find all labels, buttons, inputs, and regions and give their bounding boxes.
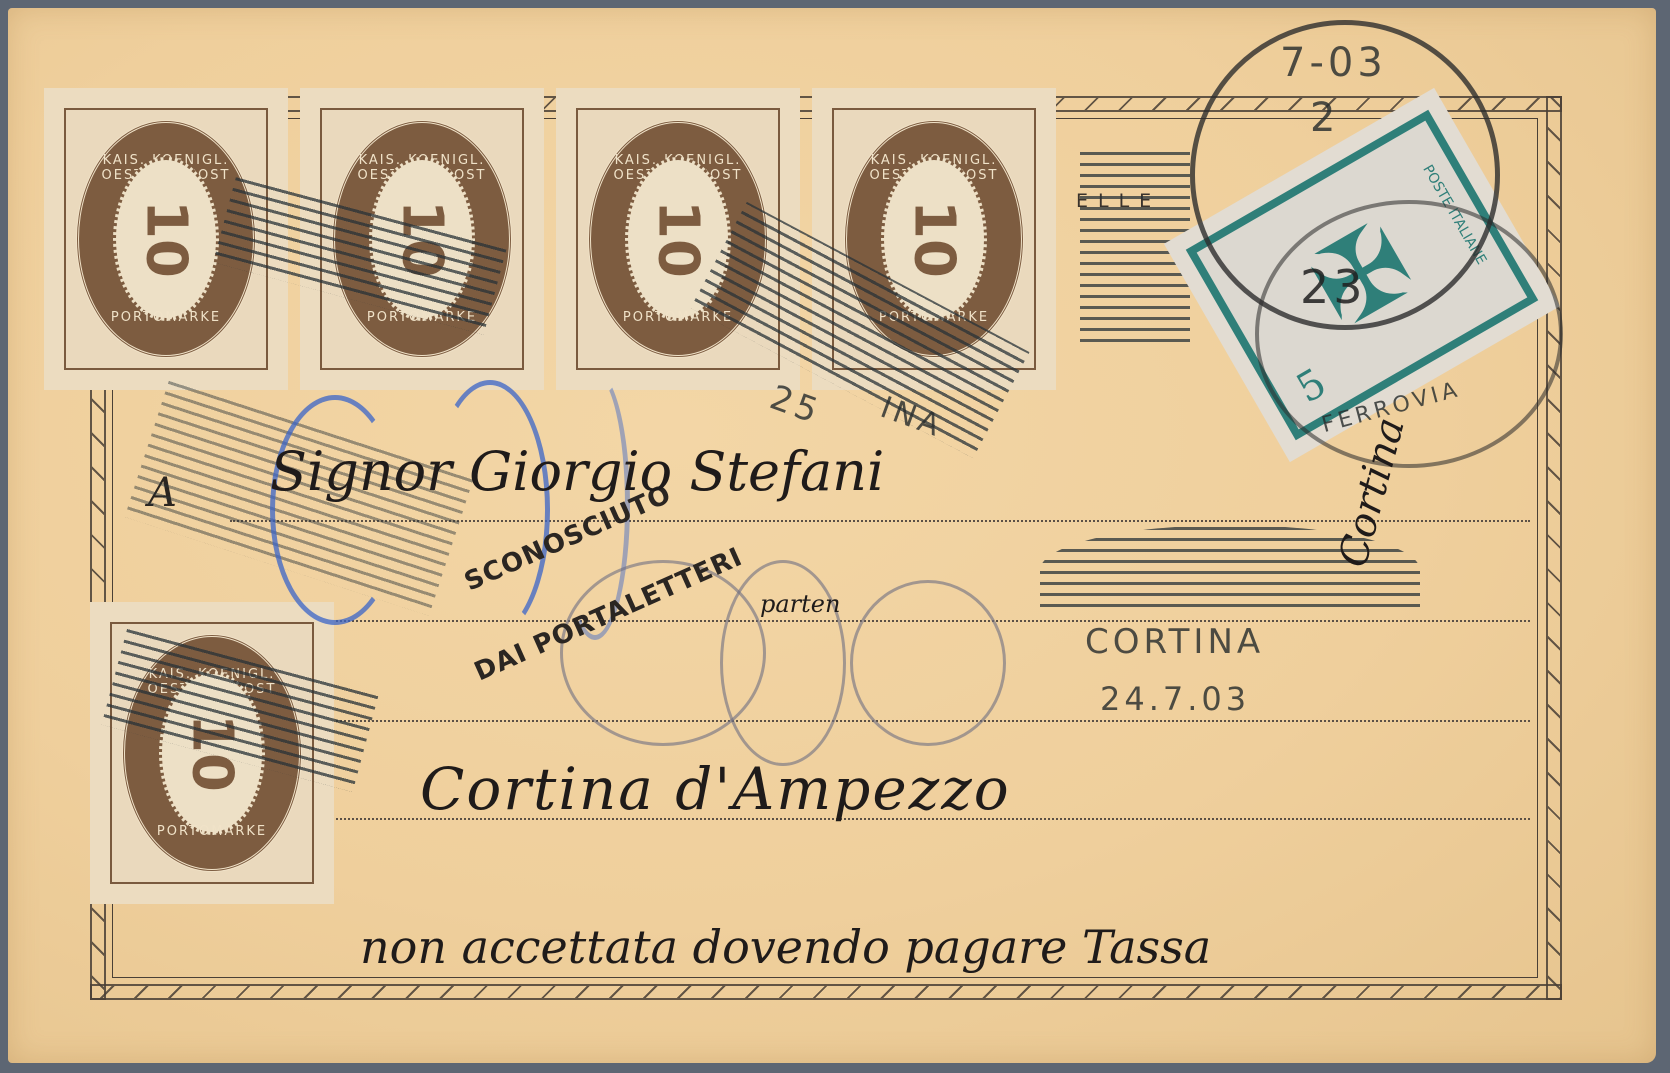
frame-border-bottom: [90, 984, 1562, 1000]
postmark-date-line: 7-03: [1280, 40, 1387, 86]
postmark-day: 23: [1300, 260, 1367, 314]
blue-crayon-mark-1: [270, 395, 400, 625]
postmark-hour: 2: [1310, 95, 1339, 141]
postmark-cortina-date: 24.7.03: [1100, 680, 1250, 718]
frame-border-right: [1546, 96, 1562, 1000]
handwritten-note: non accettata dovendo pagare Tassa: [360, 920, 1211, 974]
pencil-scribble-3: [850, 580, 1006, 746]
postmark-cortina-place: CORTINA: [1085, 622, 1264, 662]
handwritten-recipient: Signor Giorgio Stefani: [270, 440, 884, 503]
handwritten-destination: Cortina d'Ampezzo: [420, 755, 1011, 823]
blue-crayon-mark-2: [430, 380, 550, 640]
handwritten-sub: parten: [760, 590, 840, 618]
